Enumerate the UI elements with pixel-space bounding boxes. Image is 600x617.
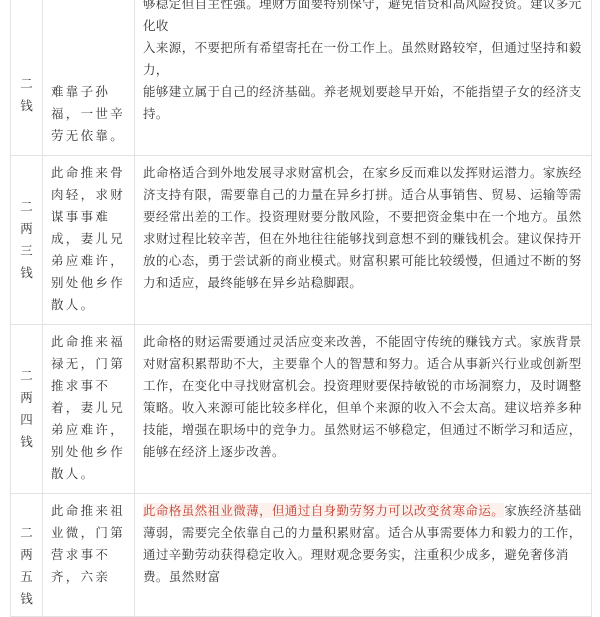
description-line: 能够建立属于自己的经济基础。养老规划要趁早开始，不能指望子女的经济支持。 [143,81,583,125]
bone-weight-cell: 二 两 三 钱 [11,156,43,325]
weight-char: 二 [13,196,40,218]
description-cell: 此命格适合到外地发展寻求财富机会，在家乡反而难以发挥财运潜力。家族经济支持有限，… [135,156,592,325]
table-row: 二 两 三 钱 此命推来骨肉轻，求财谋事事难成，妻儿兄弟应难许，别处他乡作散人。… [11,156,592,325]
weight-char: 钱 [13,95,40,117]
description-cell: 此命格的财运需要通过灵活应变来改善，不能固守传统的赚钱方式。家族背景对财富积累帮… [135,325,592,401]
weight-char: 两 [13,387,40,400]
weight-char: 三 [13,240,40,262]
verse-cell: 此命推来骨肉轻，求财谋事事难成，妻儿兄弟应难许，别处他乡作散人。 [43,156,135,325]
bone-weight-cell: 二 两 四 钱 [11,325,43,401]
fortune-table-container: 二 钱 难靠子孙福，一世辛劳无依靠。 够稳定但自主性强。理财方面要特别保守，避免… [10,0,592,400]
description-line: 入来源，不要把所有希望寄托在一份工作上。虽然财路较窄，但通过坚持和毅力， [143,37,583,81]
table-row: 二 两 四 钱 此命推来福禄无，门第推求事不着，妻儿兄弟应难许，别处他乡作散人。… [11,325,592,401]
weight-char: 两 [13,218,40,240]
description-text: 此命格适合到外地发展寻求财富机会，在家乡反而难以发挥财运潜力。家族经济支持有限，… [143,165,582,290]
weight-char: 二 [13,365,40,387]
weight-char: 二 [13,73,40,95]
fortune-weight-table: 二 钱 难靠子孙福，一世辛劳无依靠。 够稳定但自主性强。理财方面要特别保守，避免… [10,0,592,400]
weight-char: 钱 [13,262,40,284]
description-text: 此命格的财运需要通过灵活应变来改善，不能固守传统的赚钱方式。家族背景对财富积累帮… [143,334,582,400]
verse-text: 此命推来骨肉轻，求财谋事事难成，妻儿兄弟应难许，别处他乡作散人。 [51,165,125,312]
verse-cell: 此命推来福禄无，门第推求事不着，妻儿兄弟应难许，别处他乡作散人。 [43,325,135,401]
verse-cell: 难靠子孙福，一世辛劳无依靠。 [43,0,135,156]
bone-weight-cell: 二 钱 [11,0,43,156]
verse-text: 难靠子孙福，一世辛劳无依靠。 [51,84,125,143]
description-line: 够稳定但自主性强。理财方面要特别保守，避免借贷和高风险投资。建议多元化收 [143,0,583,37]
table-row: 二 钱 难靠子孙福，一世辛劳无依靠。 够稳定但自主性强。理财方面要特别保守，避免… [11,0,592,156]
description-cell: 够稳定但自主性强。理财方面要特别保守，避免借贷和高风险投资。建议多元化收 入来源… [135,0,592,156]
verse-text: 此命推来福禄无，门第推求事不着，妻儿兄弟应难许，别处他乡作散人。 [51,334,125,400]
